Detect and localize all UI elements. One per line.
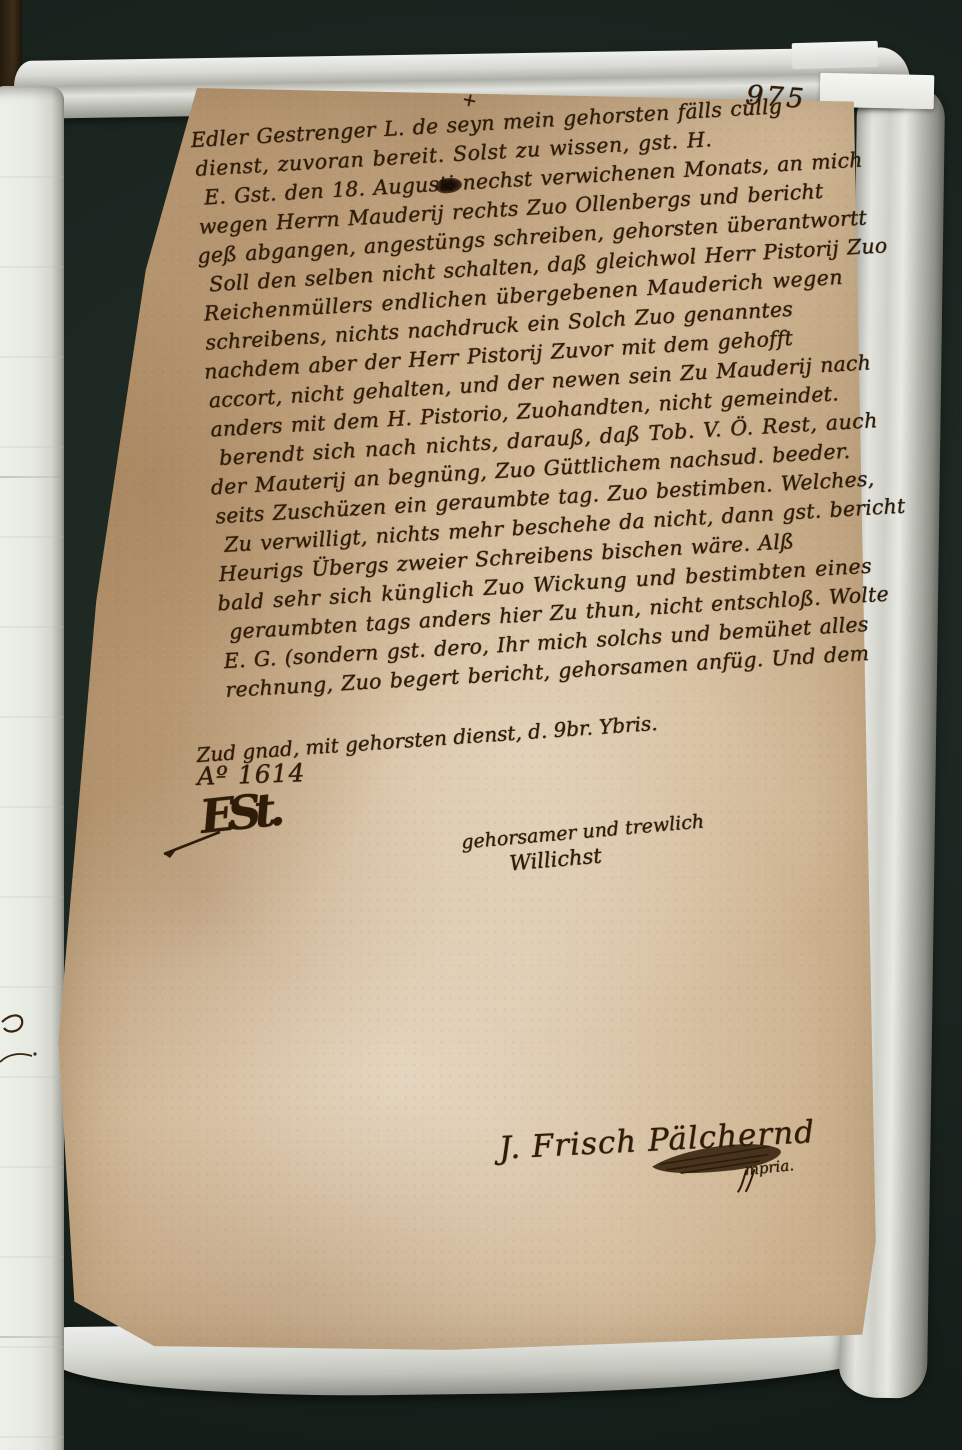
handwritten-text-block: Edler Gestrenger L. de seyn mein gehorst… — [193, 88, 885, 705]
bookmark-slip-back — [792, 41, 879, 69]
page-crease — [0, 476, 64, 478]
page-crease — [0, 1336, 64, 1338]
ink-showthrough-marks — [0, 1004, 44, 1094]
signature: J. Frisch Pälchernd mpria. — [498, 1103, 833, 1220]
photo-stage: 975 + Edler Gestrenger L. de seyn mein g… — [0, 0, 962, 1450]
left-facing-page — [0, 86, 64, 1450]
monogram-flourish — [162, 816, 242, 860]
